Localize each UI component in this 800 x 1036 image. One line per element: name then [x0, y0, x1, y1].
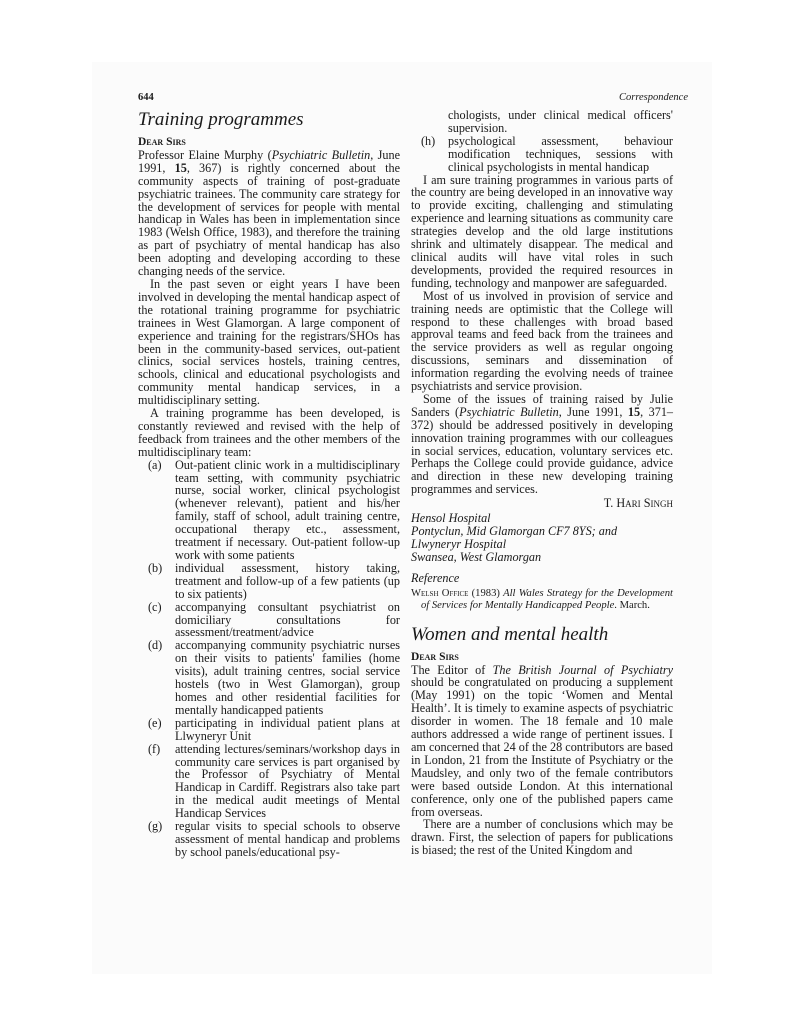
address-line: Pontyclun, Mid Glamorgan CF7 8YS; and: [411, 525, 673, 538]
training-list-continued: (h)psychological assessment, behaviour m…: [411, 135, 673, 174]
reference-author: Welsh Office: [411, 588, 468, 599]
item-label: (c): [148, 601, 162, 614]
item-text: accompanying consultant psychiatrist on …: [175, 600, 400, 640]
page-number: 644: [138, 92, 154, 105]
list-item: (a)Out-patient clinic work in a multidis…: [138, 459, 400, 562]
item-text: individual assessment, history taking, t…: [175, 561, 400, 601]
list-item: (d)accompanying community psychiatric nu…: [138, 639, 400, 716]
text: should be congratulated on producing a s…: [411, 675, 673, 818]
list-item: (f)attending lectures/seminars/workshop …: [138, 743, 400, 820]
list-item: (g)regular visits to special schools to …: [138, 820, 400, 859]
author-signature: T. Hari Singh: [411, 497, 673, 510]
item-label: (d): [148, 639, 162, 652]
address-line: Llwyneryr Hospital: [411, 538, 673, 551]
training-list: (a)Out-patient clinic work in a multidis…: [138, 459, 400, 859]
journal-name: Psychiatric Bulletin: [459, 405, 559, 419]
right-column: chologists, under clinical medical offic…: [411, 109, 673, 857]
running-head: 644 Correspondence: [138, 92, 688, 106]
text: Professor Elaine Murphy (: [138, 148, 272, 162]
paragraph: Most of us involved in provision of serv…: [411, 290, 673, 393]
item-text: participating in individual patient plan…: [175, 716, 400, 743]
list-item: (h)psychological assessment, behaviour m…: [411, 135, 673, 174]
item-text: Out-patient clinic work in a multidiscip…: [175, 458, 400, 562]
paragraph: The Editor of The British Journal of Psy…: [411, 664, 673, 819]
list-item: (e)participating in individual patient p…: [138, 717, 400, 743]
paragraph: I am sure training programmes in various…: [411, 174, 673, 290]
text: . March.: [614, 600, 650, 611]
item-label: (f): [148, 743, 160, 756]
item-text: regular visits to special schools to obs…: [175, 819, 400, 859]
list-item-continued: chologists, under clinical medical offic…: [411, 109, 673, 135]
journal-name: The British Journal of Psychiatry: [493, 663, 673, 677]
section-label: Correspondence: [619, 92, 688, 105]
paragraph: A training programme has been developed,…: [138, 407, 400, 459]
paragraph: In the past seven or eight years I have …: [138, 278, 400, 407]
item-label: (e): [148, 717, 162, 730]
item-label: (h): [421, 135, 435, 148]
reference-entry: Welsh Office (1983) All Wales Strategy f…: [411, 588, 673, 612]
text: , 371–372) should be addressed positivel…: [411, 405, 673, 496]
item-text: accompanying community psychiatric nurse…: [175, 638, 400, 717]
text: , June 1991,: [559, 405, 628, 419]
item-label: (a): [148, 459, 162, 472]
item-text: attending lectures/seminars/workshop day…: [175, 742, 400, 821]
reference-heading: Reference: [411, 572, 673, 585]
text: The Editor of: [411, 663, 493, 677]
paragraph: There are a number of conclusions which …: [411, 818, 673, 857]
item-label: (g): [148, 820, 162, 833]
letter-title: Training programmes: [138, 109, 400, 131]
paragraph: Some of the issues of training raised by…: [411, 393, 673, 496]
address-line: Swansea, West Glamorgan: [411, 551, 673, 564]
volume-number: 15: [628, 405, 640, 419]
list-item: (b)individual assessment, history taking…: [138, 562, 400, 601]
journal-name: Psychiatric Bulletin: [272, 148, 371, 162]
list-item: (c)accompanying consultant psychiatrist …: [138, 601, 400, 640]
left-column: Training programmes Dear Sirs Professor …: [138, 109, 400, 859]
author-address: Hensol Hospital Pontyclun, Mid Glamorgan…: [411, 512, 673, 564]
item-label: (b): [148, 562, 162, 575]
reference-year: (1983): [468, 588, 503, 599]
text: , 367) is rightly concerned about the co…: [138, 161, 400, 278]
volume-number: 15: [175, 161, 187, 175]
letter-title: Women and mental health: [411, 624, 673, 646]
item-text: psychological assessment, behaviour modi…: [448, 134, 673, 174]
paragraph: Professor Elaine Murphy (Psychiatric Bul…: [138, 149, 400, 278]
